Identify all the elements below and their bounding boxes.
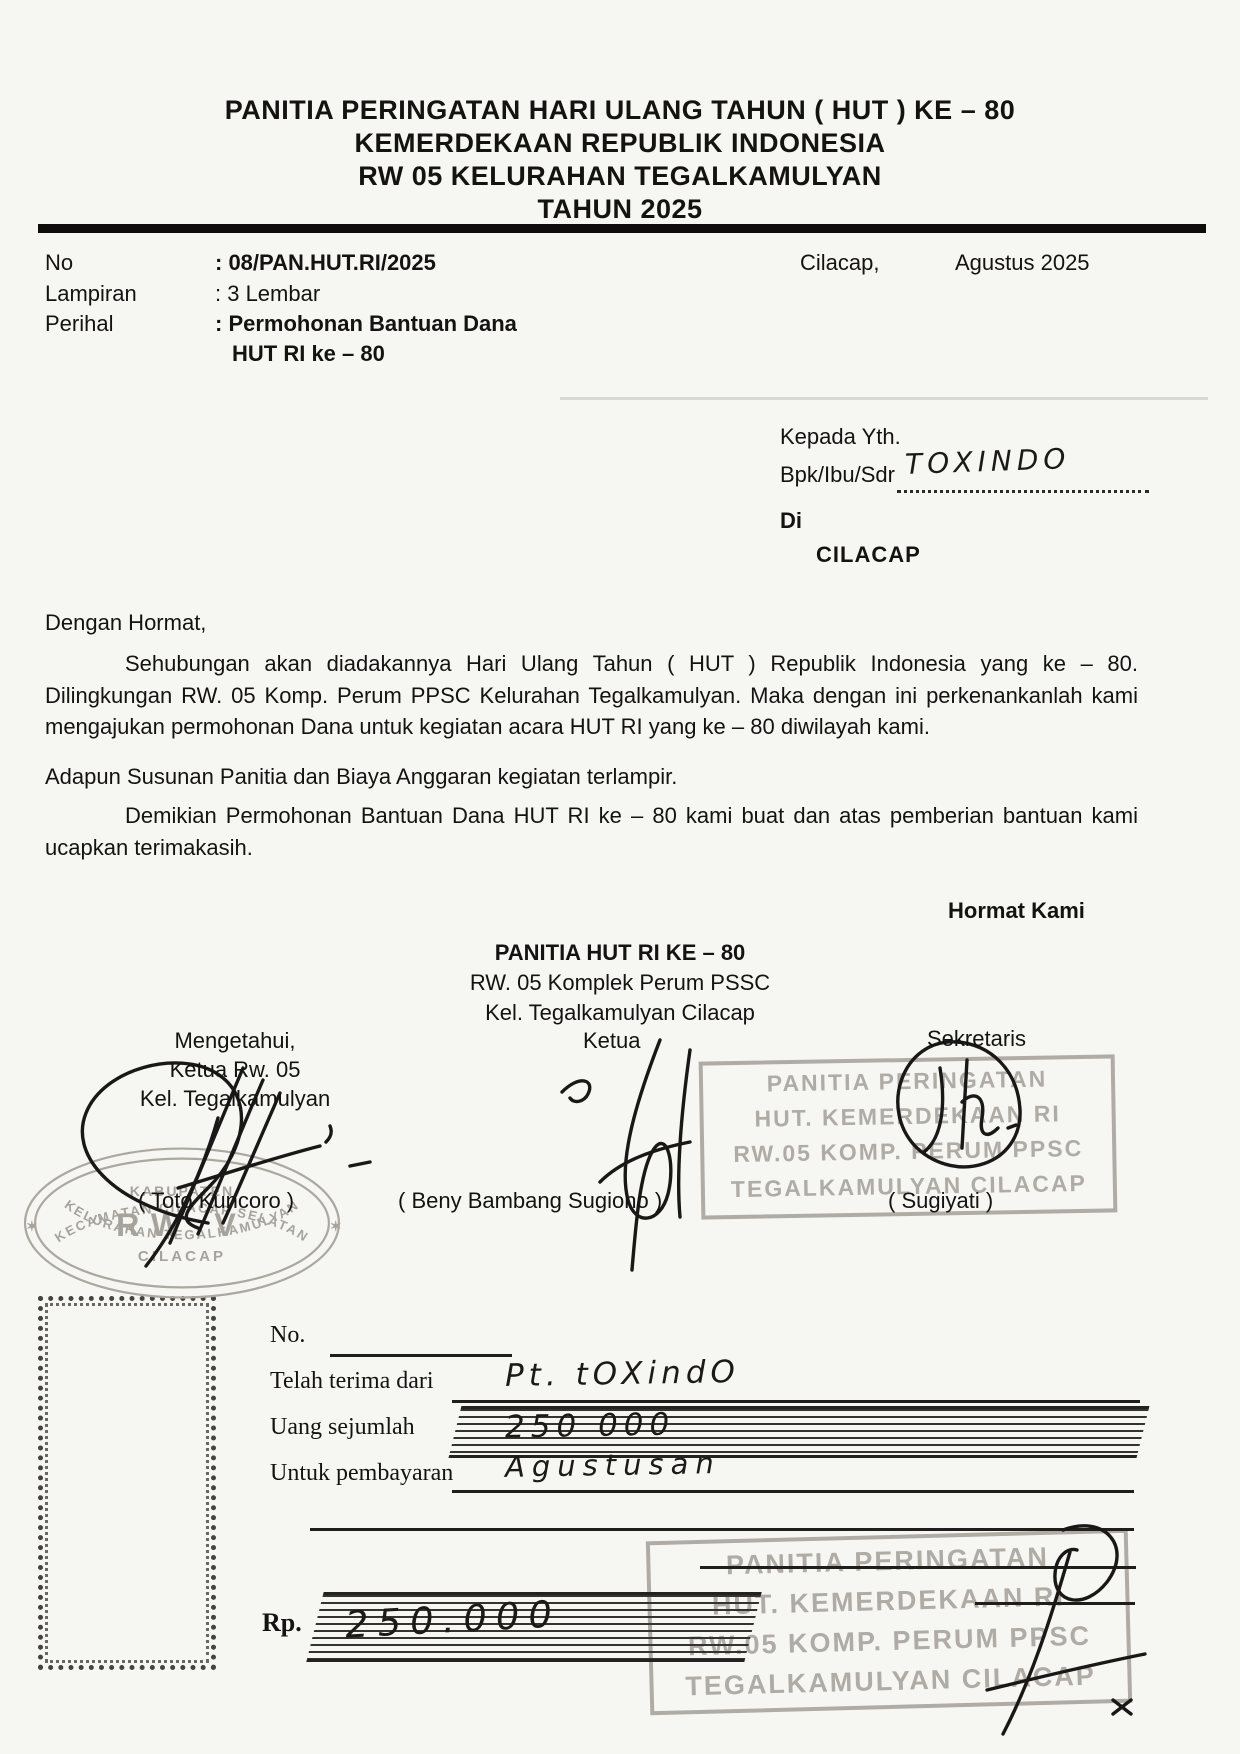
letterhead-line1: PANITIA PERINGATAN HARI ULANG TAHUN ( HU…: [0, 94, 1240, 127]
receipt-amount-label: Uang sejumlah: [270, 1414, 415, 1441]
closing: Hormat Kami: [948, 898, 1085, 924]
body-paragraph-1: Sehubungan akan diadakannya Hari Ulang T…: [45, 648, 1138, 743]
recipient-kepada: Kepada Yth.: [780, 424, 901, 450]
meta-perihal-value: : Permohonan Bantuan Dana: [215, 311, 517, 337]
committee-block: PANITIA HUT RI KE – 80 RW. 05 Komplek Pe…: [320, 938, 920, 1028]
scanned-letter-page: PANITIA PERINGATAN HARI ULANG TAHUN ( HU…: [0, 0, 1240, 1754]
meta-perihal-label: Perihal: [45, 311, 113, 337]
meta-lampiran-value: : 3 Lembar: [215, 281, 320, 307]
recipient-di: Di: [780, 508, 802, 534]
signature-beny-bambang: [540, 1032, 730, 1272]
receipt-payment-for-label: Untuk pembayaran: [270, 1460, 453, 1487]
committee-line1: PANITIA HUT RI KE – 80: [320, 938, 920, 968]
meta-date: Agustus 2025: [955, 250, 1090, 276]
signatory-right-title: Sekretaris: [927, 1026, 1026, 1052]
receipt-no-label: No.: [270, 1322, 305, 1349]
receipt-received-from-value: Pt. tOXindO: [505, 1354, 740, 1394]
receipt-ornate-frame: [38, 1296, 216, 1670]
meta-no-value: : 08/PAN.HUT.RI/2025: [215, 250, 436, 276]
signatory-center-name: ( Beny Bambang Sugiono ): [398, 1188, 662, 1214]
signatory-left-name: ( Toto Kuncoro ): [138, 1188, 294, 1214]
receipt-amount-value: 250 000: [505, 1407, 676, 1446]
signature-receipt: [935, 1512, 1155, 1742]
signatory-left-line1: Mengetahui,: [95, 1026, 375, 1055]
meta-city: Cilacap,: [800, 250, 879, 276]
letterhead-line3: RW 05 KELURAHAN TEGALKAMULYAN: [0, 160, 1240, 193]
recipient-bpk: Bpk/Ibu/Sdr: [780, 462, 895, 488]
signatory-right-name: ( Sugiyati ): [888, 1188, 993, 1214]
letterhead-rule: [38, 224, 1206, 233]
receipt-no-line: [330, 1354, 512, 1357]
receipt-received-from-line: [452, 1400, 1140, 1403]
signatory-center-title: Ketua: [583, 1028, 641, 1054]
signature-sugiyati: [862, 1030, 1052, 1190]
committee-line3: Kel. Tegalkamulyan Cilacap: [320, 998, 920, 1028]
signatory-left-line3: Kel. Tegalkamulyan: [95, 1084, 375, 1113]
body-paragraph-2: Adapun Susunan Panitia dan Biaya Anggara…: [45, 764, 1138, 790]
committee-line2: RW. 05 Komplek Perum PSSC: [320, 968, 920, 998]
receipt-payment-for-value: Agustusan: [505, 1446, 721, 1484]
letterhead-line4: TAHUN 2025: [0, 193, 1240, 226]
body-paragraph-3: Demikian Permohonan Bantuan Dana HUT RI …: [45, 800, 1138, 863]
scan-artifact-line: [560, 397, 1208, 400]
salutation: Dengan Hormat,: [45, 610, 206, 636]
letterhead-line2: KEMERDEKAAN REPUBLIK INDONESIA: [0, 127, 1240, 160]
receipt-rp-label: Rp.: [262, 1608, 302, 1638]
meta-lampiran-label: Lampiran: [45, 281, 137, 307]
oval-stamp-star-left: ✶: [26, 1218, 38, 1234]
signatory-left-titles: Mengetahui, Ketua Rw. 05 Kel. Tegalkamul…: [95, 1026, 375, 1113]
meta-no-label: No: [45, 250, 73, 276]
recipient-dotted-line: [897, 468, 1149, 493]
recipient-city: CILACAP: [816, 542, 921, 568]
receipt-payment-for-line: [452, 1490, 1134, 1493]
signatory-left-line2: Ketua Rw. 05: [95, 1055, 375, 1084]
receipt-ornate-frame-inner: [45, 1303, 209, 1663]
letterhead: PANITIA PERINGATAN HARI ULANG TAHUN ( HU…: [0, 94, 1240, 226]
receipt-received-from-label: Telah terima dari: [270, 1368, 434, 1395]
meta-perihal-value2: HUT RI ke – 80: [232, 341, 385, 367]
